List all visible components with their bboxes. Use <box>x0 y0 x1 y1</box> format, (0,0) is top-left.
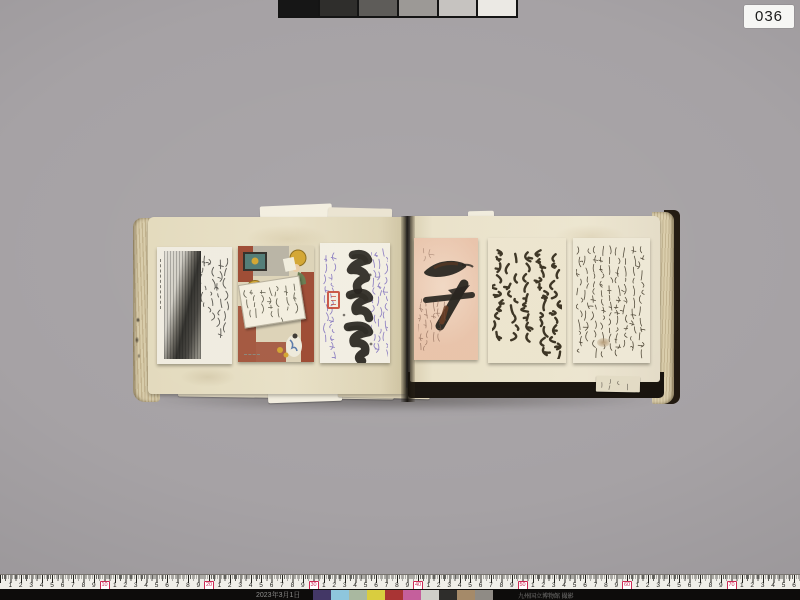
handwriting <box>201 252 230 360</box>
color-patch <box>403 590 421 600</box>
color-patch <box>385 590 403 600</box>
bold-script <box>492 242 562 359</box>
dense-script <box>576 242 647 360</box>
pencil-note <box>598 377 636 391</box>
frame-number-label: 036 <box>744 5 794 28</box>
grayscale-patch <box>359 0 397 16</box>
grayscale-calibration-bar <box>278 0 518 18</box>
color-patch <box>349 590 367 600</box>
color-patch <box>331 590 349 600</box>
color-patch <box>439 590 457 600</box>
bottom-color-strip: 2023年3月1日 九州国立博物館 撮影 <box>0 589 800 600</box>
date-label: 2023年3月1日 <box>256 590 300 600</box>
red-seal-stamp <box>327 291 340 309</box>
postcard-bold-script <box>488 238 566 363</box>
card-caption <box>244 354 260 356</box>
color-patch-row <box>313 590 493 600</box>
color-patch <box>367 590 385 600</box>
color-patch <box>421 590 439 600</box>
color-patch <box>313 590 331 600</box>
credit-label: 九州国立博物館 撮影 <box>518 591 574 600</box>
faint-handwriting <box>422 243 436 263</box>
postcard-calligraphy <box>320 243 390 363</box>
grayscale-patch <box>399 0 437 16</box>
grayscale-patch <box>320 0 358 16</box>
photo-caption-strip <box>160 259 162 309</box>
measurement-ruler: 1234567891012345678920123456789301234567… <box>0 574 800 589</box>
postcard-pink-brush <box>414 238 478 360</box>
grayscale-patch <box>478 0 516 16</box>
postcard-photo <box>157 247 232 364</box>
color-patch <box>457 590 475 600</box>
grayscale-patch <box>280 0 318 16</box>
pencil-note-tab <box>596 376 640 393</box>
color-patch <box>475 590 493 600</box>
photo-image <box>164 251 201 359</box>
faint-handwriting <box>418 296 448 356</box>
photograph-stage: 036 123456789101234567892012345678930123… <box>0 0 800 600</box>
grayscale-patch <box>439 0 477 16</box>
postcard-illustrated <box>238 246 314 362</box>
postcard-dense-script <box>573 238 650 363</box>
book-gutter <box>401 216 415 402</box>
ink-smudge <box>597 338 610 347</box>
